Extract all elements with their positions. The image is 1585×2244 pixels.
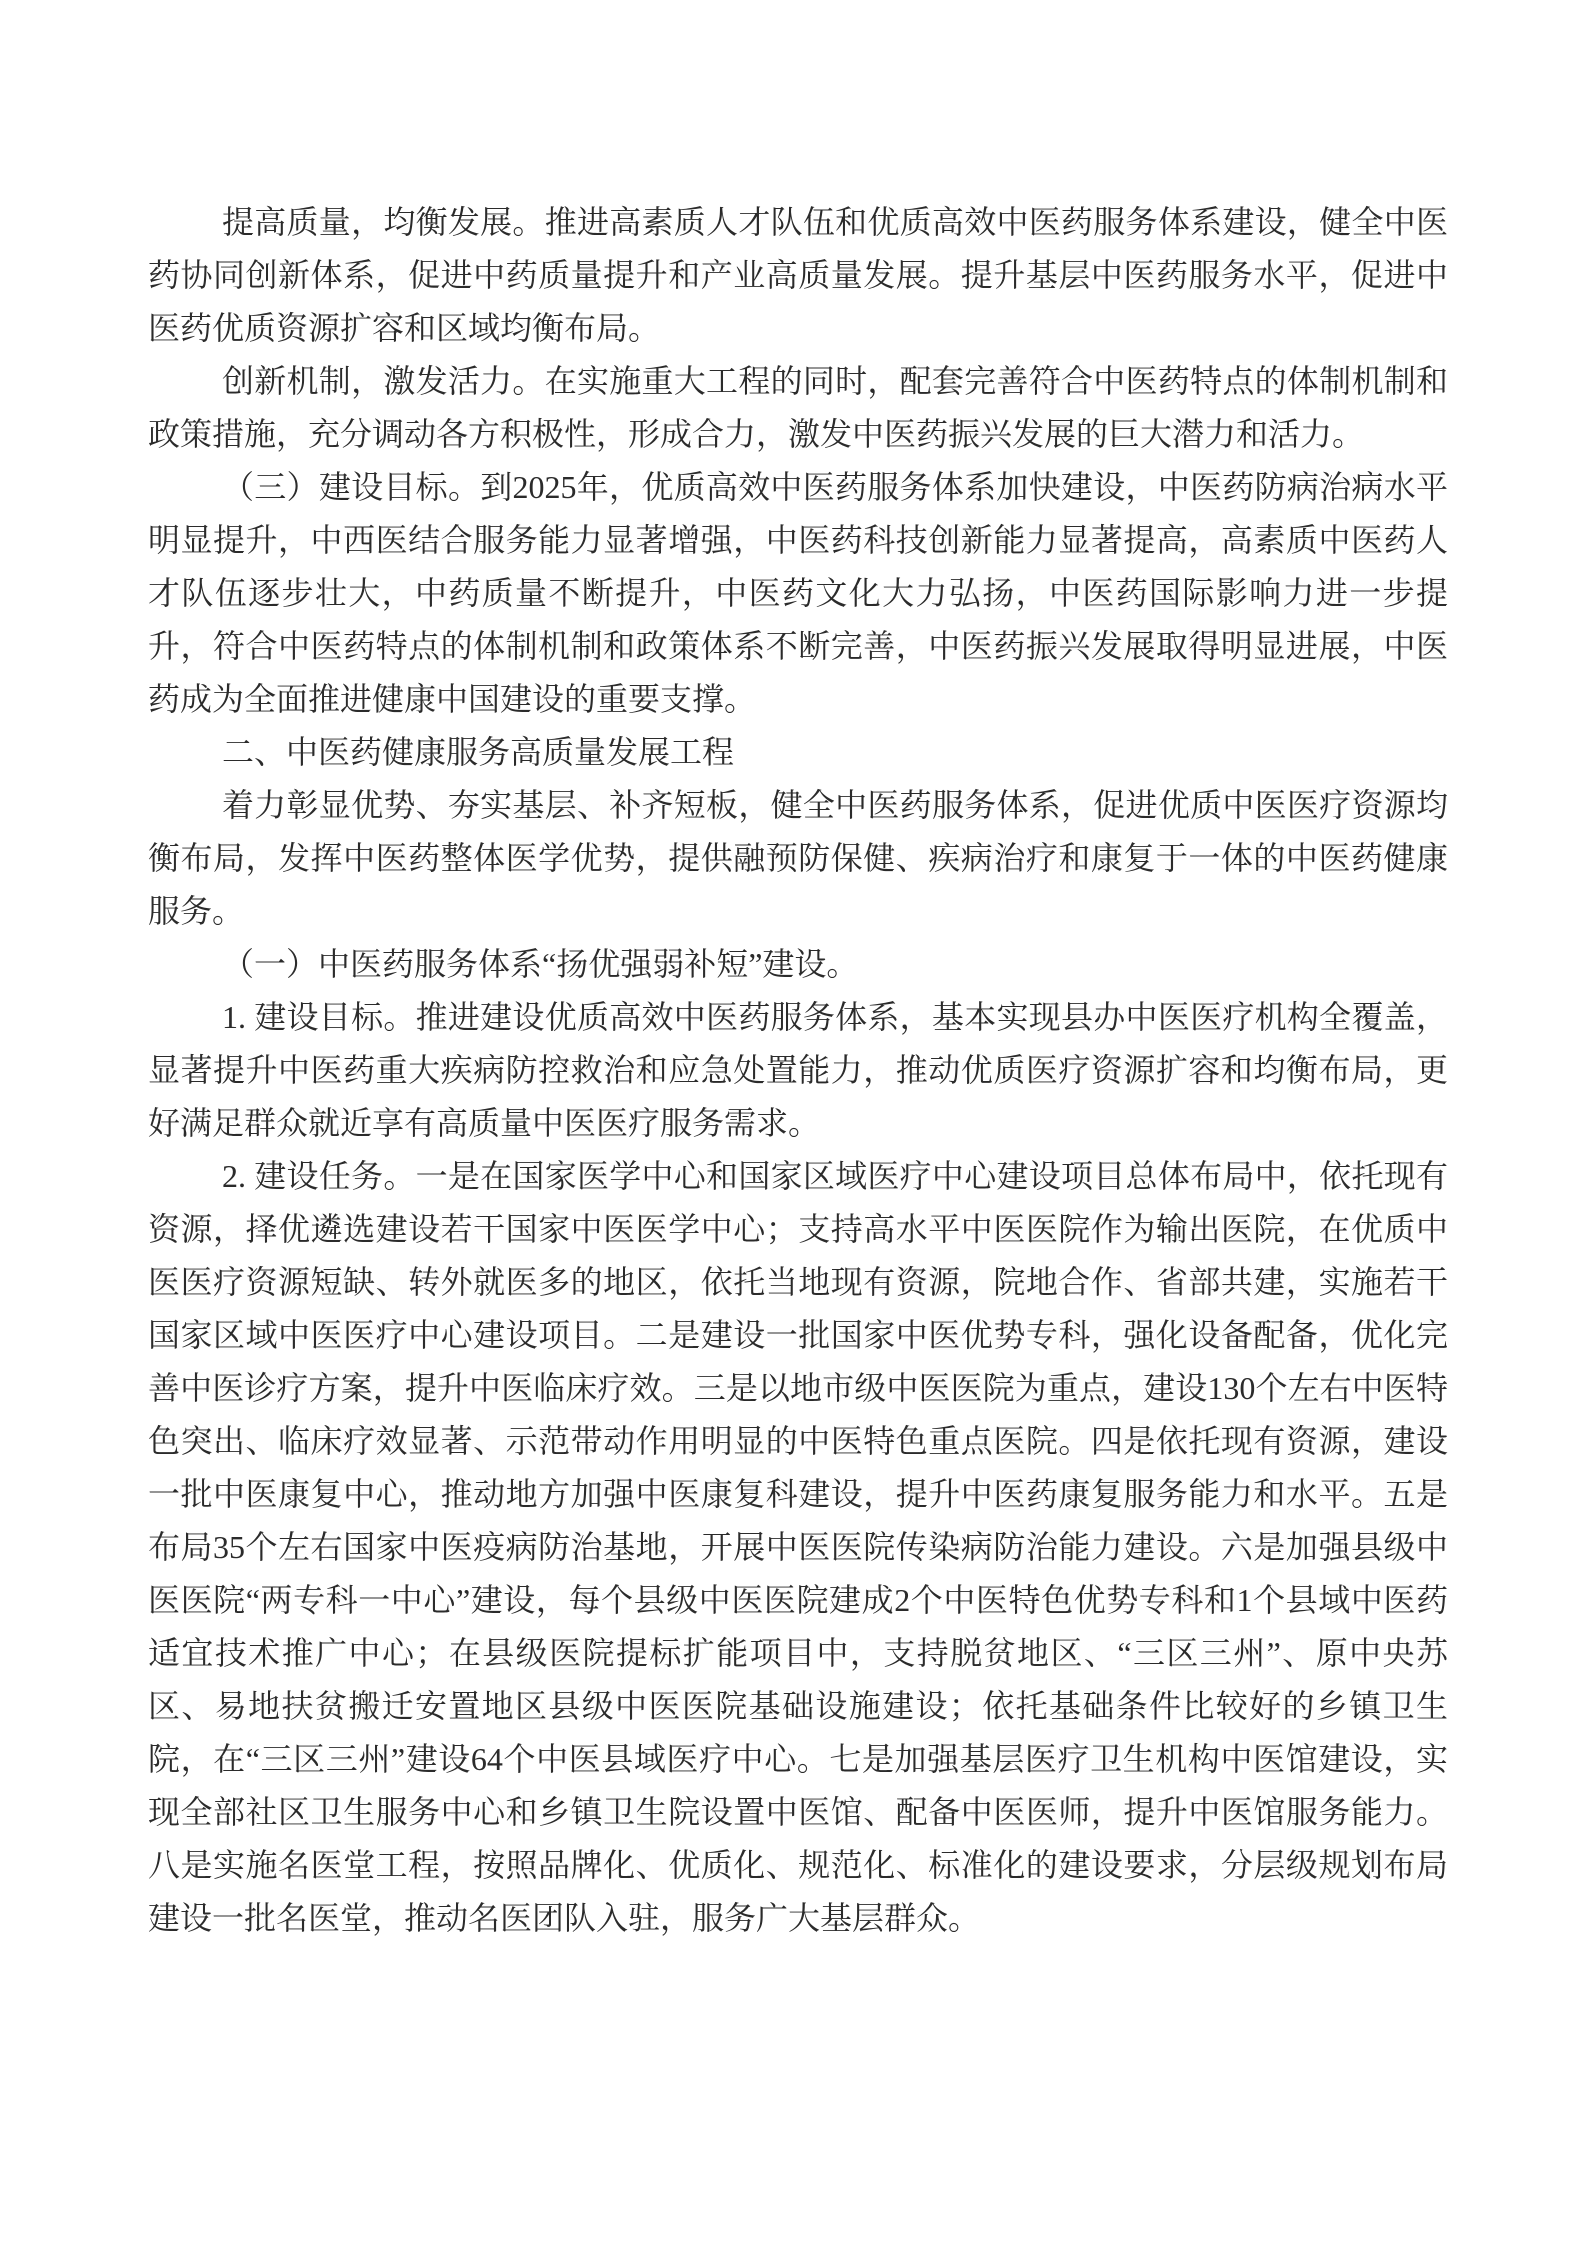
paragraph-innovation-mechanism: 创新机制，激发活力。在实施重大工程的同时，配套完善符合中医药特点的体制机制和政策…: [148, 355, 1448, 461]
paragraph-construction-goals: （三）建设目标。到2025年，优质高效中医药服务体系加快建设，中医药防病治病水平…: [148, 461, 1448, 726]
section-heading-text: 二、中医药健康服务高质量发展工程: [222, 734, 734, 770]
paragraph-lead: 创新机制，激发活力。: [222, 363, 545, 399]
paragraph-build-goal: 1. 建设目标。推进建设优质高效中医药服务体系，基本实现县办中医医疗机构全覆盖，…: [148, 991, 1448, 1150]
paragraph-text: 到2025年，优质高效中医药服务体系加快建设，中医药防病治病水平明显提升，中西医…: [148, 469, 1448, 717]
paragraph-text: 一是在国家医学中心和国家区域医疗中心建设项目总体布局中，依托现有资源，择优遴选建…: [148, 1158, 1448, 1936]
subsection-heading-text: （一）中医药服务体系“扬优强弱补短”建设。: [222, 946, 858, 982]
paragraph-build-tasks: 2. 建设任务。一是在国家医学中心和国家区域医疗中心建设项目总体布局中，依托现有…: [148, 1150, 1448, 1945]
paragraph-lead: 提高质量，均衡发展。: [222, 204, 545, 240]
document-content: 提高质量，均衡发展。推进高素质人才队伍和优质高效中医药服务体系建设，健全中医药协…: [148, 196, 1448, 1945]
paragraph-section-overview: 着力彰显优势、夯实基层、补齐短板，健全中医药服务体系，促进优质中医医疗资源均衡布…: [148, 779, 1448, 938]
subsection-heading-1: （一）中医药服务体系“扬优强弱补短”建设。: [148, 938, 1448, 991]
paragraph-quality-development: 提高质量，均衡发展。推进高素质人才队伍和优质高效中医药服务体系建设，健全中医药协…: [148, 196, 1448, 355]
section-heading-2: 二、中医药健康服务高质量发展工程: [148, 726, 1448, 779]
document-page: 提高质量，均衡发展。推进高素质人才队伍和优质高效中医药服务体系建设，健全中医药协…: [0, 0, 1585, 2244]
paragraph-text: 着力彰显优势、夯实基层、补齐短板，健全中医药服务体系，促进优质中医医疗资源均衡布…: [148, 787, 1448, 929]
paragraph-lead: （三）建设目标。: [222, 469, 480, 505]
paragraph-lead: 1. 建设目标。: [222, 999, 416, 1035]
paragraph-lead: 2. 建设任务。: [222, 1158, 416, 1194]
